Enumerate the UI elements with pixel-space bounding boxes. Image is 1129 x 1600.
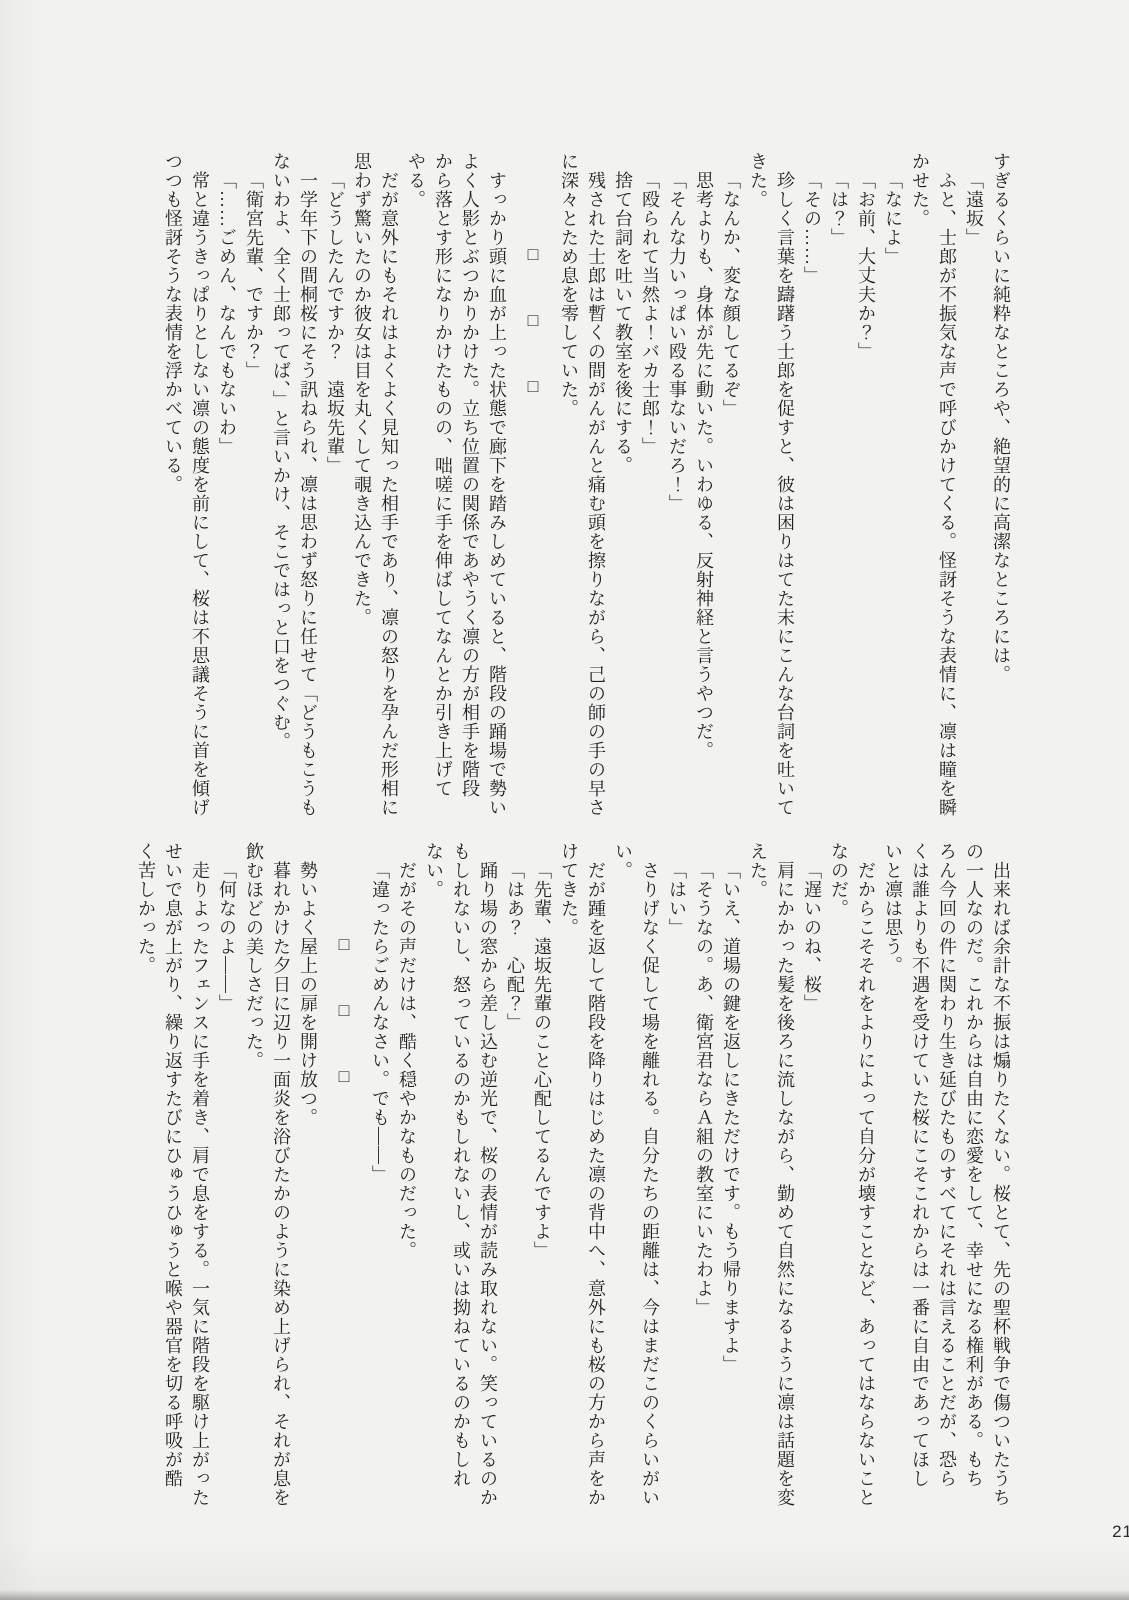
text-line: 「なによ」 (879, 152, 906, 828)
text-line: 一学年下の間桐桜にそう訊ねられ、凛は思わず怒りに任せて「どうもこうも (294, 152, 321, 828)
text-line: 「どうしたんですか？ 遠坂先輩」 (321, 152, 348, 828)
text-line: 「お前、大丈夫か？」 (852, 152, 879, 828)
section-separator: □□□ (519, 152, 546, 828)
text-line: さりげなく促して場を離れる。自分たちの距離は、今はまだこのくらいがい (636, 842, 663, 1536)
text-line: えた。 (744, 842, 771, 1536)
text-line: よく人影とぶつかりかけた。立ち位置の関係であやうく凛の方が相手を階段 (456, 152, 483, 828)
text-line: 「そうなの。あ、衛宮君ならＡ組の教室にいたわよ」 (690, 842, 717, 1536)
text-line: 勢いよく屋上の扉を開け放つ。 (294, 842, 321, 1536)
text-line: けてきた。 (555, 842, 582, 1536)
text-line: だからこそそれをよりによって自分が壊すことなど、あってはならないこと (852, 842, 879, 1536)
text-line: 「遠坂」 (960, 152, 987, 828)
text-line: すっかり頭に血が上った状態で廊下を踏みしめていると、階段の踊場で勢い (483, 152, 510, 828)
text-line: から落とす形になりかけたものの、咄嗟に手を伸ばしてなんとか引き上げて (429, 152, 456, 828)
text-line: つつも怪訝そうな表情を浮かべている。 (159, 152, 186, 828)
lower-text-block: 出来れば余計な不振は煽りたくない。桜とて、先の聖杯戦争で傷ついたうちの一人なのだ… (132, 842, 1014, 1536)
text-line: 「はあ？ 心配？」 (501, 842, 528, 1536)
text-line: 「違ったらごめんなさい。でも――」 (366, 842, 393, 1536)
text-line: 走りよったフェンスに手を着き、肩で息をする。一気に階段を駆け上がった (186, 842, 213, 1536)
text-line: 「殴られて当然よ！バカ士郎！」 (636, 152, 663, 828)
text-line: ないわよ、全く士郎ってば、」と言いかけ、そこではっと口をつぐむ。 (267, 152, 294, 828)
text-line: 「いえ、道場の鍵を返しにきただけです。もう帰りますよ」 (717, 842, 744, 1536)
text-line: 「……ごめん、なんでもないわ」 (213, 152, 240, 828)
text-line: ろん今回の件に関わり生き延びたものすべてにそれは言えることだが、恐ら (933, 842, 960, 1536)
text-line: 珍しく言葉を躊躇う士郎を促すと、彼は困りはてた末にこんな台詞を吐いて (771, 152, 798, 828)
text-line: 捨て台詞を吐いて教室を後にする。 (609, 152, 636, 828)
text-line: やる。 (402, 152, 429, 828)
text-line: 「その……」 (798, 152, 825, 828)
text-line: だが踵を返して階段を降りはじめた凛の背中へ、意外にも桜の方から声をか (582, 842, 609, 1536)
text-line: 「先輩、遠坂先輩のこと心配してるんですよ」 (528, 842, 555, 1536)
text-line: 残された士郎は暫くの間がんがんと痛む頭を擦りながら、己の師の手の早さ (582, 152, 609, 828)
text-line: すぎるくらいに純粋なところや、絶望的に高潔なところには。 (987, 152, 1014, 828)
page-number: 21 (1112, 1522, 1129, 1542)
text-line: 肩にかかった髪を後ろに流しながら、勤めて自然になるように凛は話題を変 (771, 842, 798, 1536)
text-line: だがその声だけは、酷く穏やかなものだった。 (393, 842, 420, 1536)
section-separator: □□□ (330, 842, 357, 1536)
text-line: い。 (609, 842, 636, 1536)
text-line: いと凛は思う。 (879, 842, 906, 1536)
text-line: 常と違うきっぱりとしない凛の態度を前にして、桜は不思議そうに首を傾げ (186, 152, 213, 828)
text-line: 思考よりも、身体が先に動いた。いわゆる、反射神経と言うやつだ。 (690, 152, 717, 828)
text-line: 思わず驚いたのか彼女は目を丸くして覗き込んできた。 (348, 152, 375, 828)
scanned-novel-page: すぎるくらいに純粋なところや、絶望的に高潔なところには。「遠坂」ふと、士郎が不振… (0, 0, 1129, 1600)
text-line: なのだ。 (825, 842, 852, 1536)
text-line: ない。 (420, 842, 447, 1536)
text-line: 「遅いのね、桜」 (798, 842, 825, 1536)
text-line: 「何なのよ――」 (213, 842, 240, 1536)
text-line: 踊り場の窓から差し込む逆光で、桜の表情が読み取れない。笑っているのか (474, 842, 501, 1536)
text-line: かせた。 (906, 152, 933, 828)
text-line: 「は？」 (825, 152, 852, 828)
text-line: 「なんか、変な顔してるぞ」 (717, 152, 744, 828)
text-line: だが意外にもそれはよくよく見知った相手であり、凛の怒りを孕んだ形相に (375, 152, 402, 828)
text-line: ふと、士郎が不振気な声で呼びかけてくる。怪訝そうな表情に、凛は瞳を瞬 (933, 152, 960, 828)
text-line: 飲むほどの美しさだった。 (240, 842, 267, 1536)
text-line: もしれないし、怒っているのかもしれないし、或いは拗ねているのかもしれ (447, 842, 474, 1536)
text-line: 暮れかけた夕日に辺り一面炎を浴びたかのように染め上げられ、それが息を (267, 842, 294, 1536)
text-line: きた。 (744, 152, 771, 828)
text-line: の一人なのだ。これからは自由に恋愛をして、幸せになる権利がある。もち (960, 842, 987, 1536)
text-line: 「そんな力いっぱい殴る事ないだろ！」 (663, 152, 690, 828)
text-line: く苦しかった。 (132, 842, 159, 1536)
text-line: 「衛宮先輩、ですか？」 (240, 152, 267, 828)
text-line: 出来れば余計な不振は煽りたくない。桜とて、先の聖杯戦争で傷ついたうち (987, 842, 1014, 1536)
text-line: せいで息が上がり、繰り返すたびにひゅうひゅうと喉や器官を切る呼吸が酷 (159, 842, 186, 1536)
text-line: くは誰よりも不遇を受けていた桜にこそこれからは一番に自由であってほし (906, 842, 933, 1536)
scan-edge-shadow (0, 1590, 1129, 1600)
text-line: に深々とため息を零していた。 (555, 152, 582, 828)
upper-text-block: すぎるくらいに純粋なところや、絶望的に高潔なところには。「遠坂」ふと、士郎が不振… (159, 152, 1014, 828)
text-line: 「はい」 (663, 842, 690, 1536)
